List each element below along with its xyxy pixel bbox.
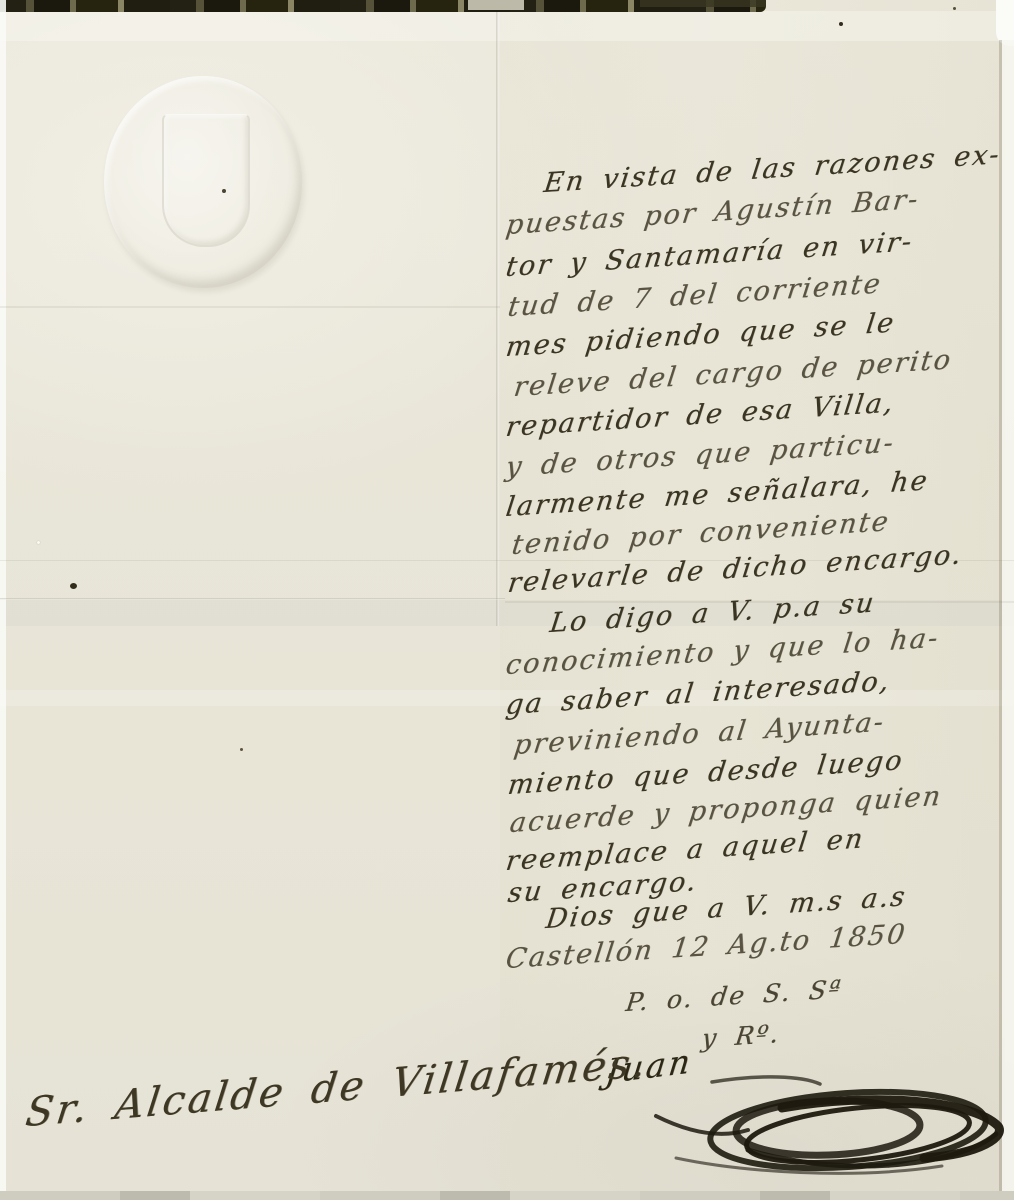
ink-speck <box>240 748 243 751</box>
signature-rubrica-flourish <box>652 1038 1008 1186</box>
ink-speck <box>953 7 956 10</box>
left-scan-margin <box>0 0 6 1200</box>
top-edge-thin-segment <box>640 0 766 7</box>
fold-crease-horizontal-upper <box>0 306 500 308</box>
top-edge-gap <box>468 0 524 10</box>
ink-speck <box>222 189 226 193</box>
fold-crease-horizontal-main <box>0 598 505 600</box>
paper-pinhole <box>37 541 40 544</box>
scanned-letter-page: En vista de las razones ex- puestas por … <box>0 0 1014 1200</box>
embossed-seal-icon <box>104 76 302 288</box>
seal-shield-shape <box>162 114 250 247</box>
ink-speck <box>839 22 843 26</box>
paper-tone-top-band <box>0 11 1014 41</box>
bottom-scan-edge <box>0 1191 1014 1200</box>
right-scan-margin <box>1002 40 1014 1200</box>
right-paper-edge-line <box>999 40 1002 1200</box>
fold-crease-vertical <box>496 12 499 626</box>
ink-speck <box>70 583 77 589</box>
